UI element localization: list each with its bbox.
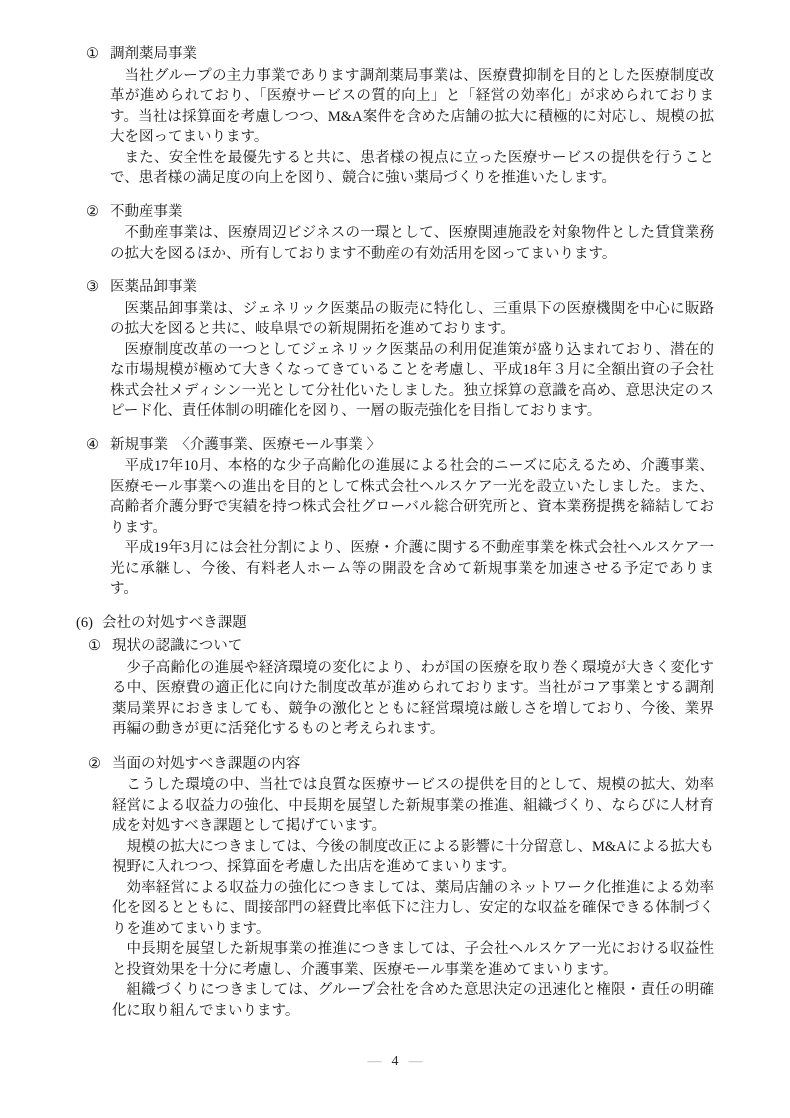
section-pharmaceutical-wholesale-business: ③ 医薬品卸事業 医薬品卸事業は、ジェネリック医薬品の販売に特化し、三重県下の医… (110, 277, 714, 422)
subsection-heading: ② 当面の対処すべき課題の内容 (88, 754, 714, 775)
chapter-number: (6) (76, 613, 102, 634)
paragraph: また、安全性を最優先すると共に、患者様の視点に立った医療サービスの提供を行うこと… (110, 148, 714, 189)
section-number: ② (86, 202, 110, 223)
section-heading: ③ 医薬品卸事業 (86, 277, 714, 298)
subsection-heading: ① 現状の認識について (88, 636, 714, 657)
paragraph: 不動産事業は、医療周辺ビジネスの一環として、医療関連施設を対象物件とした賃貸業務… (110, 223, 714, 264)
section-pharmacy-business: ① 調剤薬局事業 当社グループの主力事業であります調剤薬局事業は、医療費抑制を目… (110, 44, 714, 189)
paragraph: 医療制度改革の一つとしてジェネリック医薬品の利用促進策が盛り込まれており、潜在的… (110, 340, 714, 422)
subsection-issues-content: ② 当面の対処すべき課題の内容 こうした環境の中、当社では良質な医療サービスの提… (112, 754, 714, 1022)
subsection-title: 現状の認識について (112, 636, 242, 657)
paragraph: 平成19年3月には会社分割により、医療・介護に関する不動産事業を株式会社ヘルスケ… (110, 538, 714, 600)
section-number: ④ (86, 435, 110, 456)
paragraph: こうした環境の中、当社では良質な医療サービスの提供を目的として、規模の拡大、効率… (112, 775, 714, 837)
section-number: ① (86, 44, 110, 65)
chapter-issues-to-address: (6) 会社の対処すべき課題 ① 現状の認識について 少子高齢化の進展や経済環境… (110, 613, 714, 1022)
footer-dash-right: ― (409, 1054, 423, 1069)
document-content: ① 調剤薬局事業 当社グループの主力事業であります調剤薬局事業は、医療費抑制を目… (110, 44, 714, 1035)
paragraph: 中長期を展望した新規事業の推進につきましては、子会社ヘルスケア一光における収益性… (112, 939, 714, 980)
paragraph: 平成17年10月、本格的な少子高齢化の進展による社会的ニーズに応えるため、介護事… (110, 456, 714, 538)
section-heading: ① 調剤薬局事業 (86, 44, 714, 65)
paragraph: 効率経営による収益力の強化につきましては、薬局店舗のネットワーク化推進による効率… (112, 878, 714, 940)
document-page: ① 調剤薬局事業 当社グループの主力事業であります調剤薬局事業は、医療費抑制を目… (0, 0, 790, 1118)
section-title: 不動産事業 (110, 202, 183, 223)
section-title: 新規事業 〈介護事業、医療モール事業 〉 (110, 435, 381, 456)
paragraph: 当社グループの主力事業であります調剤薬局事業は、医療費抑制を目的とした医療制度改… (110, 66, 714, 148)
section-number: ③ (86, 277, 110, 298)
paragraph: 医薬品卸事業は、ジェネリック医薬品の販売に特化し、三重県下の医療機関を中心に販路… (110, 299, 714, 340)
subsection-title: 当面の対処すべき課題の内容 (112, 754, 300, 775)
section-title: 調剤薬局事業 (110, 44, 197, 65)
section-real-estate-business: ② 不動産事業 不動産事業は、医療周辺ビジネスの一環として、医療関連施設を対象物… (110, 202, 714, 265)
section-heading: ② 不動産事業 (86, 202, 714, 223)
paragraph: 組織づくりにつきましては、グループ会社を含めた意思決定の迅速化と権限・責任の明確… (112, 980, 714, 1021)
paragraph: 規模の拡大につきましては、今後の制度改正による影響に十分留意し、M&Aによる拡大… (112, 837, 714, 878)
subsection-current-recognition: ① 現状の認識について 少子高齢化の進展や経済環境の変化により、わが国の医療を取… (112, 636, 714, 740)
page-footer: ―4― (0, 1052, 790, 1073)
section-heading: ④ 新規事業 〈介護事業、医療モール事業 〉 (86, 435, 714, 456)
subsection-number: ① (88, 636, 112, 657)
subsection-number: ② (88, 754, 112, 775)
chapter-title: 会社の対処すべき課題 (102, 613, 247, 634)
footer-dash-left: ― (368, 1054, 382, 1069)
page-number: 4 (392, 1054, 399, 1069)
paragraph: 少子高齢化の進展や経済環境の変化により、わが国の医療を取り巻く環境が大きく変化す… (112, 658, 714, 740)
section-title: 医薬品卸事業 (110, 277, 197, 298)
section-new-business: ④ 新規事業 〈介護事業、医療モール事業 〉 平成17年10月、本格的な少子高齢… (110, 435, 714, 600)
chapter-heading: (6) 会社の対処すべき課題 (76, 613, 714, 634)
